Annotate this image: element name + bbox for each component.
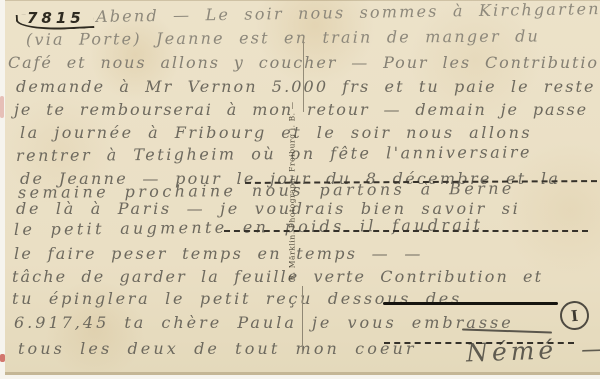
- handwriting-line: tu épinglera le petit reçu dessous des: [12, 289, 462, 309]
- handwriting-line: la journée à Fribourg et le soir nous al…: [20, 123, 532, 143]
- catalog-number: 7815: [27, 9, 85, 27]
- handwriting-line: tâche de garder la feuille verte Contrib…: [12, 267, 543, 287]
- index-letter: I: [570, 306, 579, 325]
- scan-edge-mark: [0, 354, 5, 362]
- solid-annotation-line: [383, 302, 558, 305]
- handwriting-line: Café et nous allons y coucher — Pour les…: [8, 53, 600, 73]
- handwriting-line: je te rembourserai à mon retour — demain…: [14, 100, 588, 120]
- dashed-annotation-line-3: [384, 342, 574, 344]
- handwriting-line: le faire peser temps en temps — —: [14, 244, 423, 264]
- postcard-divider-line-bottom: [302, 286, 303, 354]
- postcard-divider-line-top: [303, 36, 304, 112]
- scan-edge-mark: [0, 96, 4, 118]
- handwriting-line: demande à Mr Vernon 5.000 frs et tu paie…: [16, 77, 596, 97]
- signature: Némé —: [466, 333, 600, 367]
- handwriting-line: tous les deux de tout mon coeur: [18, 339, 417, 359]
- catalog-number-text: 7815: [27, 9, 85, 27]
- dashed-annotation-line-2: [224, 230, 588, 232]
- printer-mark: R. Märklin. Photograph. Freiburg i. B. —: [288, 121, 299, 281]
- handwriting-line: rentrer à Tetigheim où on fête l'anniver…: [16, 142, 532, 166]
- handwriting-line: (via Porte) Jeanne est en train de mange…: [26, 26, 540, 50]
- handwriting-line: 6.917,45 ta chère Paula je vous embrasse: [14, 313, 514, 333]
